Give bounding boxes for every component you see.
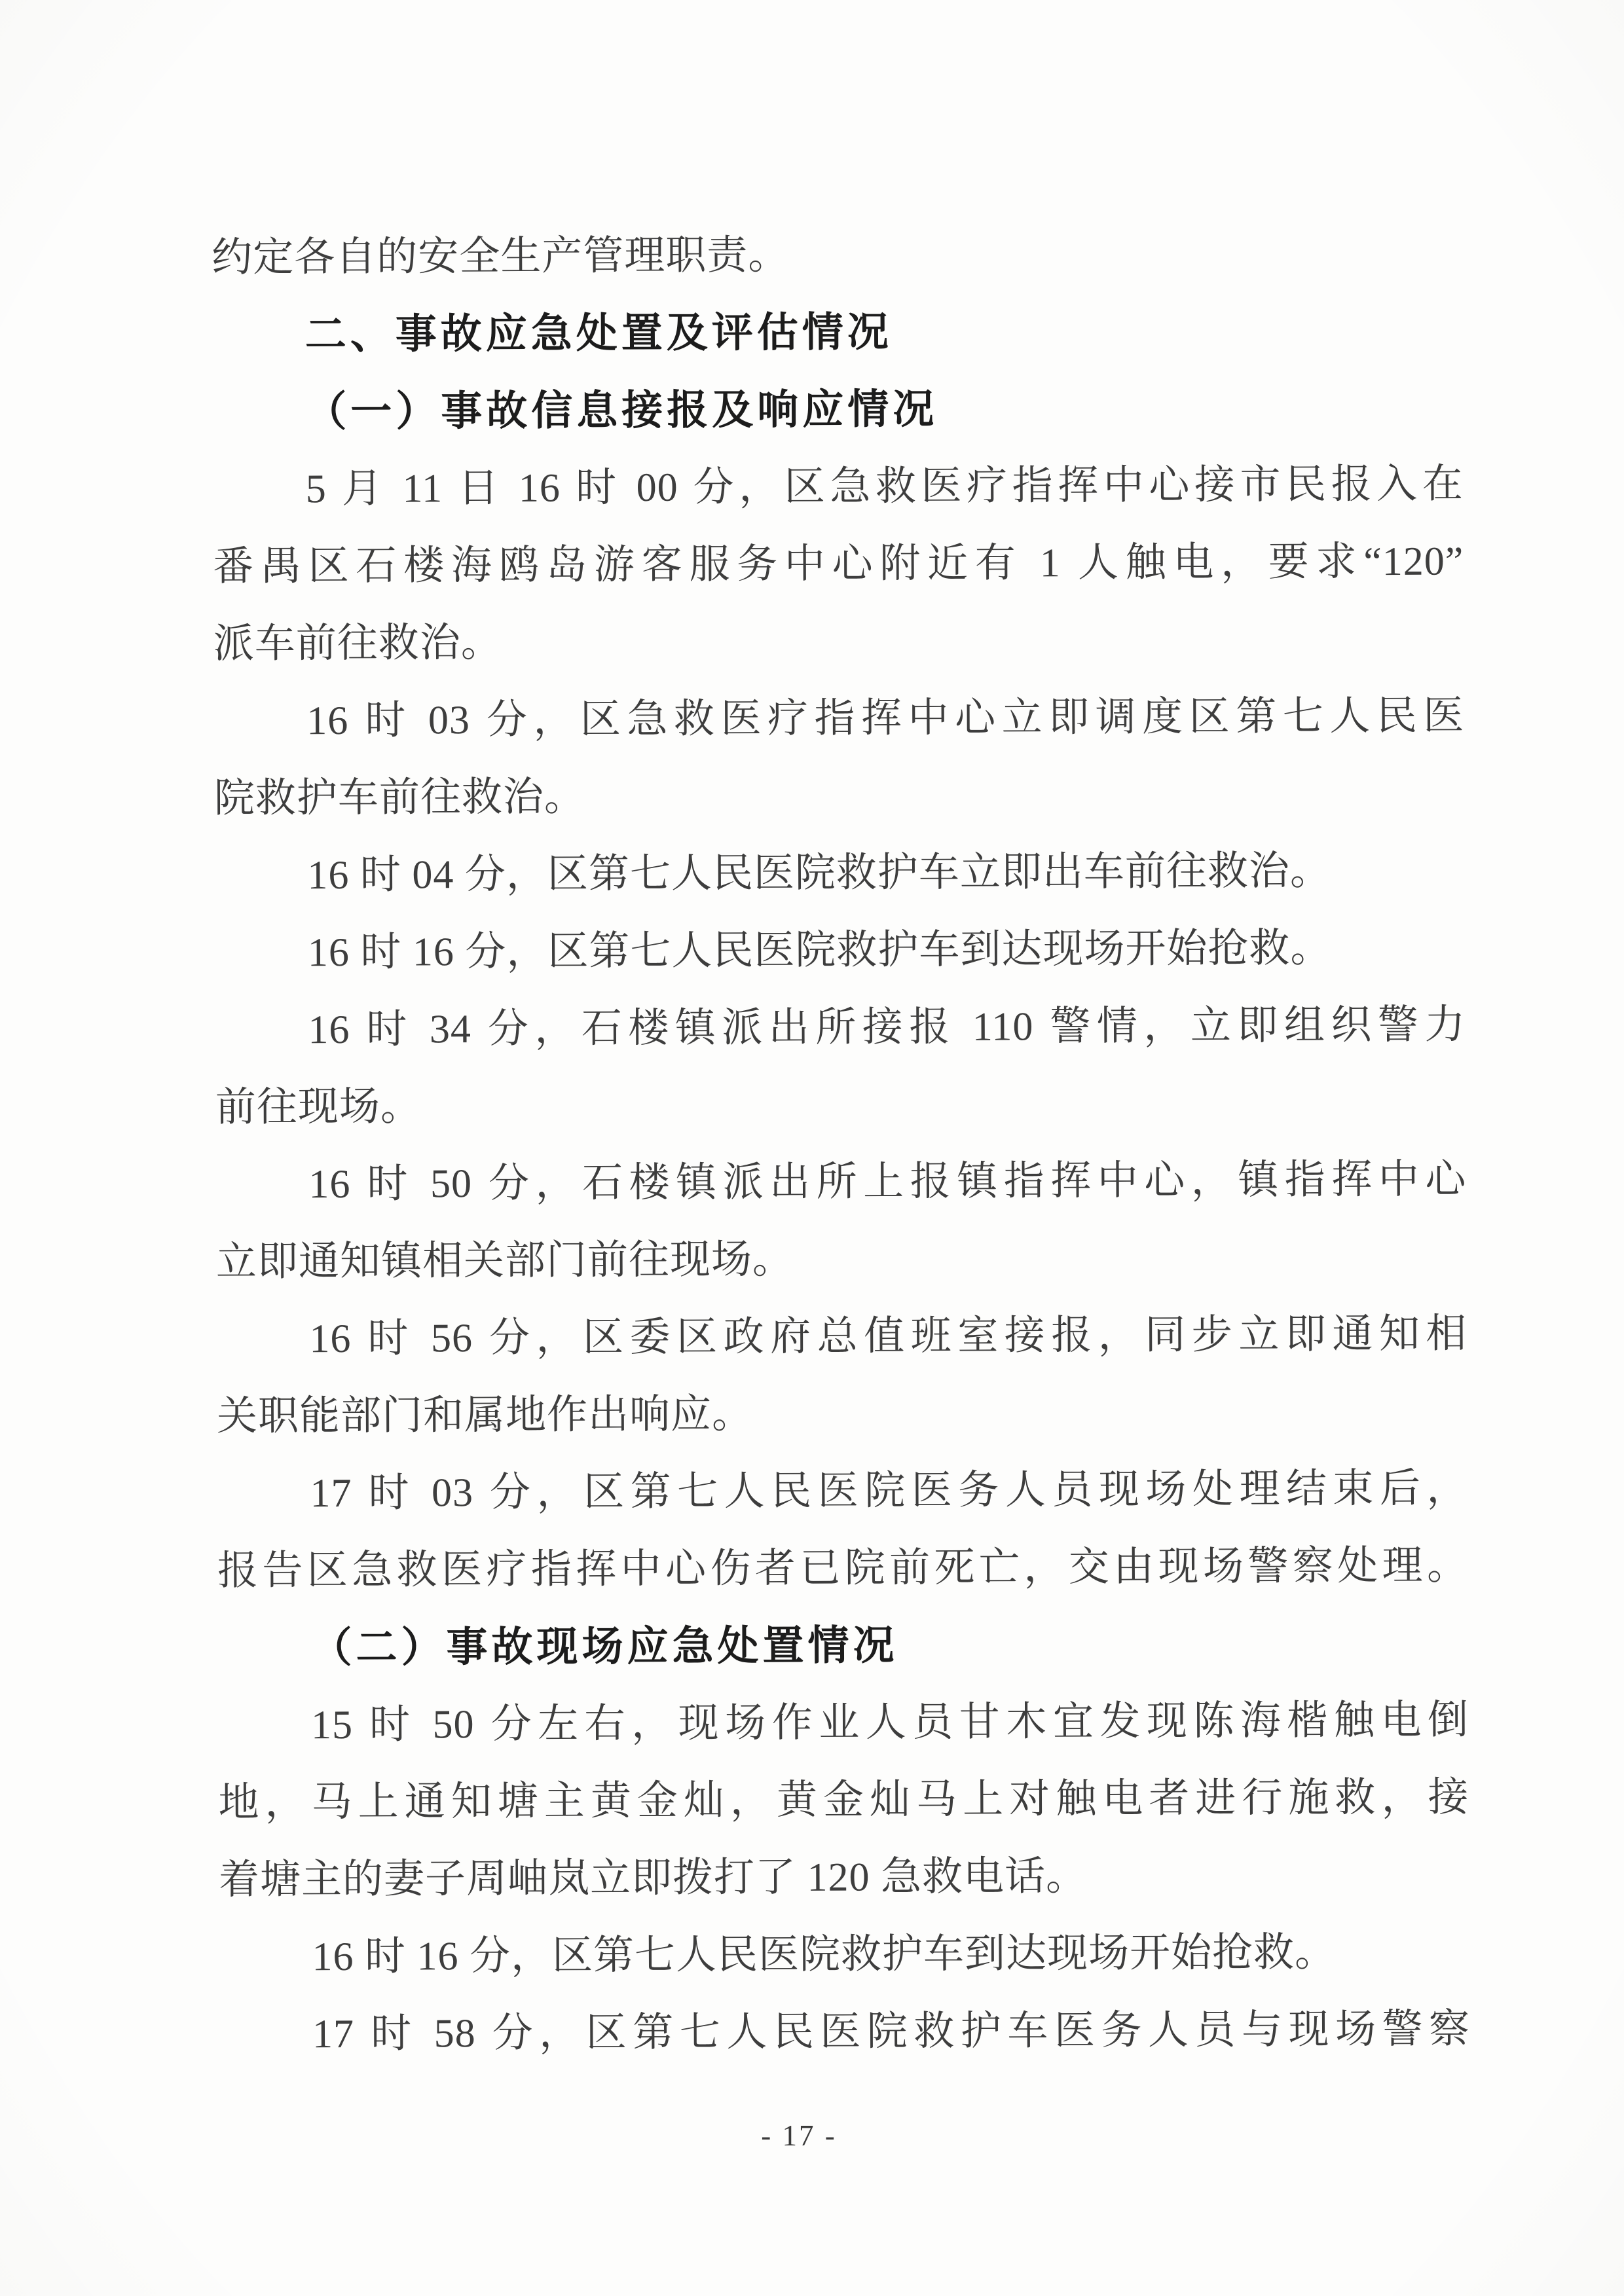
body-text-line: 17 时 03 分，区第七人民医院医务人员现场处理结束后， — [217, 1450, 1467, 1533]
subsection-heading: （二）事故现场应急处置情况 — [217, 1605, 1468, 1687]
body-text-line: 16 时 16 分，区第七人民医院救护车到达现场开始抢救。 — [219, 1914, 1469, 1996]
body-text-line: 派车前往救治。 — [213, 600, 1464, 683]
body-text-line: 16 时 03 分，区急救医疗指挥中心立即调度区第七人民医 — [213, 678, 1464, 760]
body-text-line: 报告区急救医疗指挥中心伤者已院前死亡，交由现场警察处理。 — [217, 1527, 1468, 1610]
body-text-line: 16 时 56 分，区委区政府总值班室接报，同步立即通知相 — [216, 1296, 1467, 1378]
body-text-line: 16 时 04 分，区第七人民医院救护车立即出车前往救治。 — [214, 832, 1465, 915]
document-text-block: 约定各自的安全生产管理职责。 二、事故应急处置及评估情况 （一）事故信息接报及响… — [212, 214, 1470, 2073]
body-text-line: 院救护车前往救治。 — [214, 755, 1465, 837]
body-text-line: 16 时 16 分，区第七人民医院救护车到达现场开始抢救。 — [215, 909, 1466, 992]
body-text-line: 5 月 11 日 16 时 00 分，区急救医疗指挥中心接市民报入在 — [213, 446, 1464, 528]
body-text-line: 16 时 50 分，石楼镇派出所上报镇指挥中心，镇指挥中心 — [215, 1141, 1466, 1224]
page-number: - 17 - — [0, 2119, 1598, 2153]
scanned-document-page: 约定各自的安全生产管理职责。 二、事故应急处置及评估情况 （一）事故信息接报及响… — [0, 0, 1624, 2296]
body-text-line: 约定各自的安全生产管理职责。 — [212, 214, 1462, 297]
body-text-line: 15 时 50 分左右，现场作业人员甘木宜发现陈海楷触电倒 — [218, 1682, 1469, 1764]
body-text-line: 关职能部门和属地作出响应。 — [217, 1373, 1467, 1455]
body-text-line: 地，马上通知塘主黄金灿，黄金灿马上对触电者进行施救，接 — [218, 1759, 1469, 1842]
section-heading: 二、事故应急处置及评估情况 — [212, 291, 1463, 374]
body-text-line: 番禺区石楼海鸥岛游客服务中心附近有 1 人触电，要求“120” — [213, 523, 1464, 606]
subsection-heading: （一）事故信息接报及响应情况 — [212, 369, 1463, 451]
body-text-line: 16 时 34 分，石楼镇派出所接报 110 警情，立即组织警力 — [215, 987, 1466, 1069]
body-text-line: 17 时 58 分，区第七人民医院救护车医务人员与现场警察 — [219, 1991, 1470, 2073]
body-text-line: 立即通知镇相关部门前往现场。 — [216, 1218, 1467, 1301]
body-text-line: 前往现场。 — [215, 1064, 1466, 1146]
body-text-line: 着塘主的妻子周岫岚立即拨打了 120 急救电话。 — [219, 1836, 1469, 1919]
